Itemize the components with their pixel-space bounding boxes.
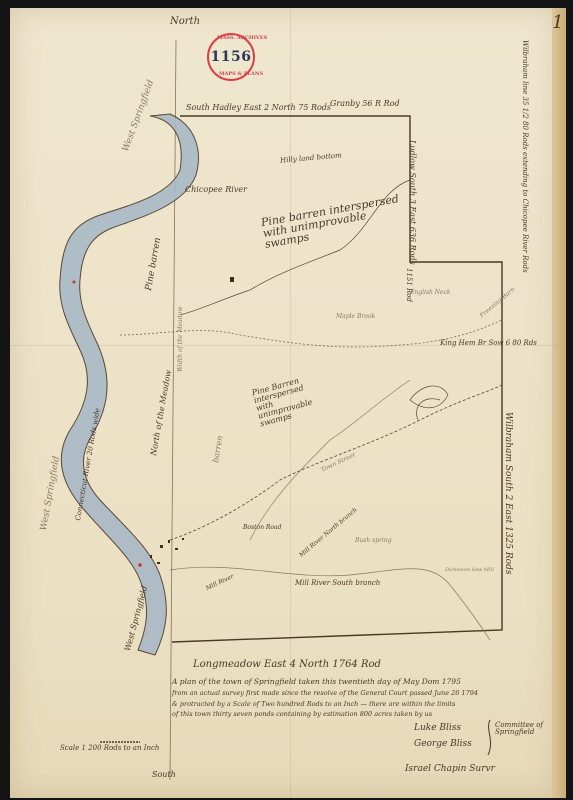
committee-label: Committee of Springfield — [495, 722, 555, 736]
boston-road-label: Boston Road — [243, 525, 281, 531]
mill-river-south-label: Mill River South branch — [295, 580, 380, 587]
sheet-number: 1 — [552, 14, 563, 32]
scale-label: Scale 1 200 Rods to an Inch — [60, 745, 159, 752]
east-note-4: King Hem Br Sow 6 80 Rds — [440, 340, 537, 347]
north-border-label: South Hadley East 2 North 75 Rods — [186, 104, 331, 112]
bush-spring-label: Bush spring — [355, 538, 392, 544]
longmeadow-border-label: Longmeadow East 4 North 1764 Rod — [193, 660, 381, 670]
surveyor-signature: Israel Chapin Survr — [405, 765, 495, 774]
chicopee-river-label: Chicopee River — [185, 186, 247, 194]
cert-line-4: of this town thirty seven ponds containi… — [172, 711, 432, 718]
church-marker — [138, 563, 142, 567]
north-label: North — [170, 17, 200, 27]
granby-border-label: Granby 56 R Rod — [330, 100, 400, 108]
connecticut-river — [60, 114, 199, 655]
town-boundary — [172, 116, 502, 642]
cert-line-2: from an actual survey first made since t… — [172, 690, 478, 697]
pond — [410, 386, 448, 408]
stamp-top-text: MASS. ARCHIVES — [217, 36, 267, 41]
signer-luke-bliss: Luke Bliss — [414, 724, 461, 733]
cert-line-3: & protracted by a Scale of Two hundred R… — [172, 701, 455, 708]
ludlow-border-label: Ludlow South 3 East 636 Rods — [408, 140, 416, 265]
right-margin-note: Wilbraham line 35 1/2 80 Rods extending … — [521, 40, 528, 273]
width-of-meadow-label: Width of the Meadow — [178, 307, 184, 372]
wilbraham-border-label: Wilbraham South 2 East 1325 Rods — [503, 412, 512, 574]
signer-george-bliss: George Bliss — [414, 740, 472, 749]
cert-line-1: A plan of the town of Springfield taken … — [172, 678, 461, 686]
stamp-bottom-text: MAPS & PLANS — [219, 72, 263, 77]
east-corner-label: 1151 Rod — [405, 268, 412, 302]
english-neck-label: English Neck — [410, 290, 451, 296]
marker-red — [73, 281, 76, 284]
south-label: South — [152, 771, 176, 779]
archive-number: 1156 — [211, 49, 252, 65]
meridian-line — [170, 40, 176, 780]
maple-brook-label: Maple Brook — [336, 314, 375, 320]
dickinson-saw-mill-label: Dickinson Saw Mill — [445, 568, 494, 573]
